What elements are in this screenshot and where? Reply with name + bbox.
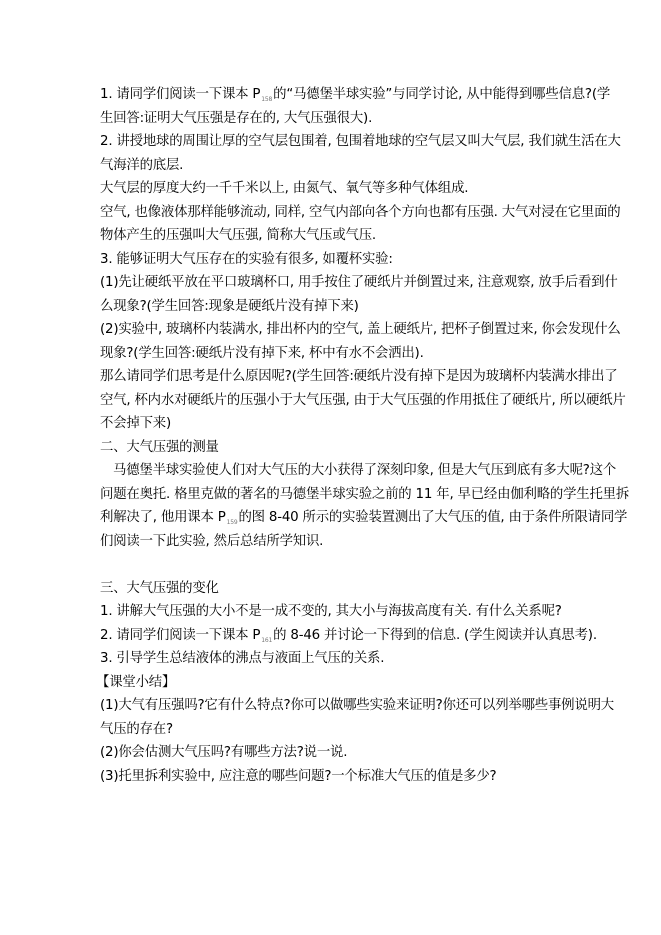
item2-line2: 气海洋的底层. (100, 154, 566, 178)
section3-heading: 三、大气压强的变化 (100, 577, 566, 601)
page-subscript: 161 (261, 637, 272, 644)
section2-heading: 二、大气压强的测量 (100, 436, 566, 460)
section3-item3: 3. 引导学生总结液体的沸点与液面上气压的关系. (100, 647, 566, 671)
reason-line3: 不会掉下来) (100, 412, 566, 436)
reason-line2: 空气, 杯内水对硬纸片的压强小于大气压强, 由于大气压强的作用抵住了硬纸片, 所… (100, 389, 566, 413)
section2-para-line2: 问题在奥托. 格里克做的著名的马德堡半球实验之前的 11 年, 早已经由伽利略的… (100, 483, 566, 507)
item2-line1: 2. 讲授地球的周围让厚的空气层包围着, 包围着地球的空气层又叫大气层, 我们就… (100, 130, 566, 154)
page-subscript: 159 (227, 519, 238, 526)
section2-para-line4: 们阅读一下此实验, 然后总结所学知识. (100, 530, 566, 554)
section2-para-line3: 利解决了, 他用课本 P159的图 8-40 所示的实验装置测出了大气压的值, … (100, 506, 566, 530)
para-pressure-line2: 物体产生的压强叫大气压强, 简称大气压或气压. (100, 224, 566, 248)
section3-item1: 1. 讲解大气压强的大小不是一成不变的, 其大小与海拔高度有关. 有什么关系呢? (100, 600, 566, 624)
sub2-line2: 现象?(学生回答:硬纸片没有掉下来, 杯中有水不会洒出). (100, 342, 566, 366)
summary-q3: (3)托里拆利实验中, 应注意的哪些问题?一个标准大气压的值是多少? (100, 765, 566, 789)
text: 1. 请同学们阅读一下课本 P (100, 87, 260, 102)
text: 的“马德堡半球实验”与同学讨论, 从中能得到哪些信息?(学 (273, 87, 610, 102)
blank-line (100, 553, 566, 577)
sub1-line2: 么现象?(学生回答:现象是硬纸片没有掉下来) (100, 295, 566, 319)
text: 的 8-46 并讨论一下得到的信息. (学生阅读并认真思考). (273, 628, 597, 643)
page-subscript: 158 (261, 96, 272, 103)
section3-item2: 2. 请同学们阅读一下课本 P161的 8-46 并讨论一下得到的信息. (学生… (100, 624, 566, 648)
para-pressure-line1: 空气, 也像液体那样能够流动, 同样, 空气内部向各个方向也都有压强. 大气对浸… (100, 201, 566, 225)
summary-q1-line2: 气压的存在? (100, 718, 566, 742)
text: 的图 8-40 所示的实验装置测出了大气压的值, 由于条件所限请同学 (238, 510, 627, 525)
summary-q1-line1: (1)大气有压强吗?它有什么特点?你可以做哪些实验来证明?你还可以列举哪些事例说… (100, 694, 566, 718)
text: 2. 请同学们阅读一下课本 P (100, 628, 260, 643)
para-thickness: 大气层的厚度大约一千千米以上, 由氮气、氧气等多种气体组成. (100, 177, 566, 201)
summary-q2: (2)你会估测大气压吗?有哪些方法?说一说. (100, 741, 566, 765)
sub1-line1: (1)先让硬纸平放在平口玻璃杯口, 用手按住了硬纸片并倒置过来, 注意观察, 放… (100, 271, 566, 295)
item1-line1: 1. 请同学们阅读一下课本 P158的“马德堡半球实验”与同学讨论, 从中能得到… (100, 83, 566, 107)
item3: 3. 能够证明大气压存在的实验有很多, 如覆杯实验: (100, 248, 566, 272)
document-page: 1. 请同学们阅读一下课本 P158的“马德堡半球实验”与同学讨论, 从中能得到… (100, 83, 566, 788)
item1-line2: 生回答:证明大气压强是存在的, 大气压强很大). (100, 107, 566, 131)
summary-heading: 【课堂小结】 (96, 671, 566, 695)
section2-para-line1: 马德堡半球实验使人们对大气压的大小获得了深刻印象, 但是大气压到底有多大呢?这个 (100, 459, 566, 483)
sub2-line1: (2)实验中, 玻璃杯内装满水, 排出杯内的空气, 盖上硬纸片, 把杯子倒置过来… (100, 318, 566, 342)
reason-line1: 那么请同学们思考是什么原因呢?(学生回答:硬纸片没有掉下是因为玻璃杯内装满水排出… (100, 365, 566, 389)
text: 利解决了, 他用课本 P (100, 510, 226, 525)
